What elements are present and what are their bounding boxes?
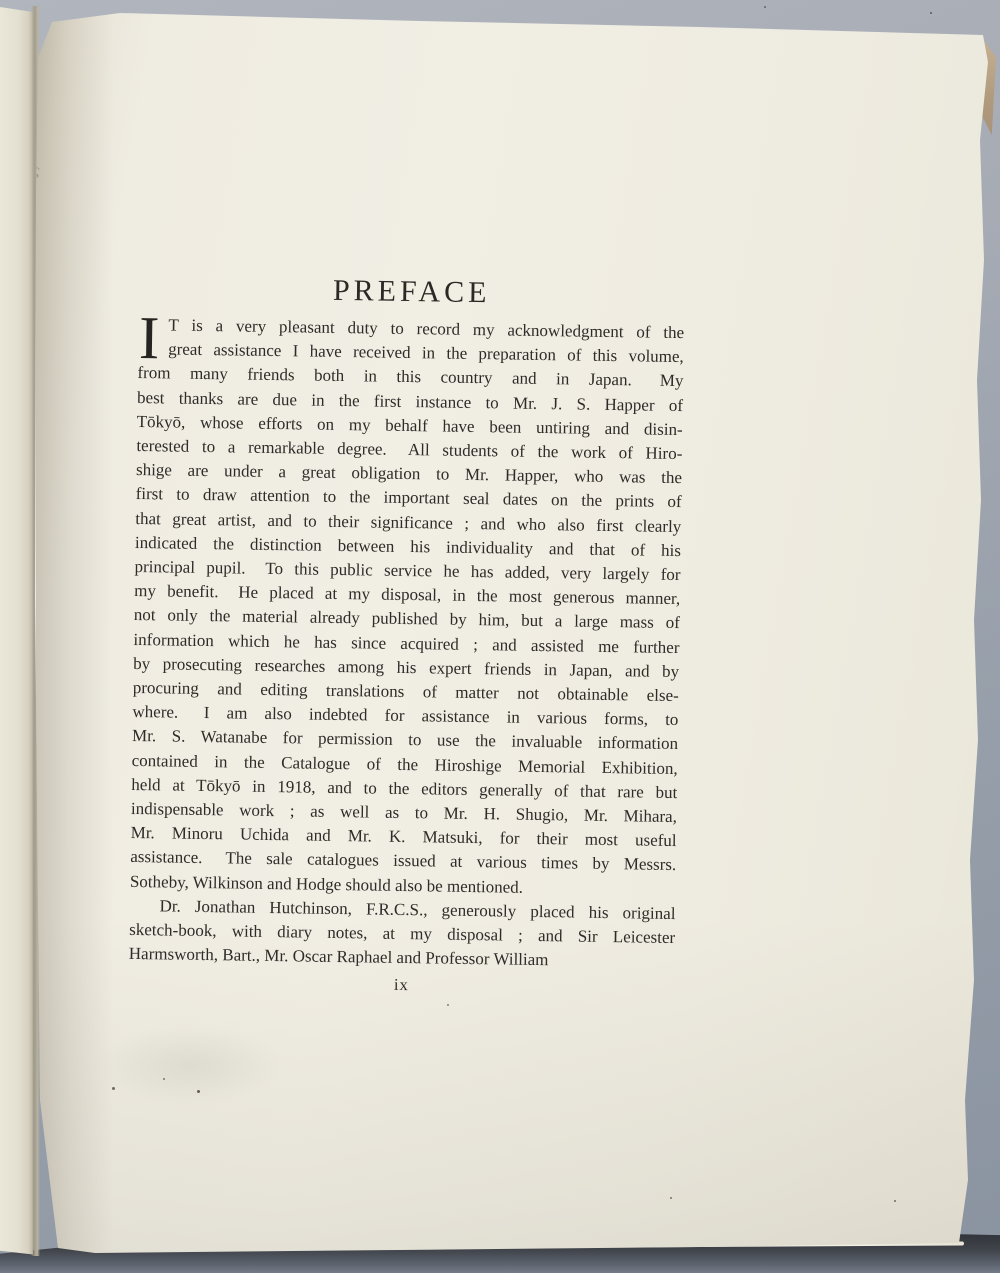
page-title: PREFACE xyxy=(138,270,684,314)
foxing-speck xyxy=(197,1090,200,1093)
book-page: ς PREFACE I T is a very pleasant duty to… xyxy=(0,0,1000,1273)
foxing-speck xyxy=(894,1200,896,1202)
dust-speck xyxy=(764,6,766,8)
dust-speck xyxy=(930,12,932,14)
paper-stain xyxy=(95,1025,285,1105)
foxing-speck xyxy=(163,1078,165,1080)
text-block: PREFACE I T is a very pleasant duty to r… xyxy=(128,270,685,1000)
page-number: ix xyxy=(128,971,674,999)
preface-body: I T is a very pleasant duty to record my… xyxy=(129,313,685,975)
foxing-speck xyxy=(670,1197,672,1199)
paragraph-1: I T is a very pleasant duty to record my… xyxy=(130,313,685,902)
foxing-speck xyxy=(112,1087,115,1090)
paragraph-2: Dr. Jonathan Hutchinson, F.R.C.S., gener… xyxy=(129,894,676,975)
foxing-speck xyxy=(447,1004,449,1006)
drop-cap: I xyxy=(138,313,169,360)
facing-page-fore-edge xyxy=(0,7,33,1257)
photo-of-book-page: { "page": { "title": "PREFACE", "dropcap… xyxy=(0,0,1000,1273)
